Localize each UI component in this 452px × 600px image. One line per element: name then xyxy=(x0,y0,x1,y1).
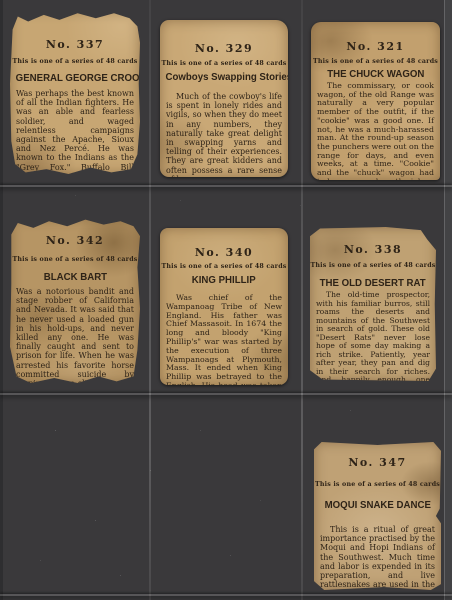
card-number: No. 337 xyxy=(10,10,140,51)
card-342-black-bart: No. 342 This is one of a series of 48 ca… xyxy=(10,218,140,383)
card-body-text: Was perhaps the best known of all the In… xyxy=(10,89,140,174)
page-right-edge xyxy=(444,0,452,600)
card-title: THE OLD DESERT RAT xyxy=(310,277,436,289)
dust-specks xyxy=(0,0,1,1)
card-329-cowboys-swapping-stories: No. 329 This is one of a series of 48 ca… xyxy=(160,20,288,177)
card-321-the-chuck-wagon: No. 321 This is one of a series of 48 ca… xyxy=(311,22,440,180)
card-number: No. 321 xyxy=(311,22,440,53)
card-series-line: This is one of a series of 48 cards xyxy=(314,481,441,488)
card-number: No. 340 xyxy=(160,228,288,259)
card-340-king-phillip: No. 340 This is one of a series of 48 ca… xyxy=(160,228,288,385)
card-body-text: Was a notorious bandit and stage robber … xyxy=(10,287,140,383)
card-album-page: No. 337 This is one of a series of 48 ca… xyxy=(0,0,452,600)
card-title: BLACK BART xyxy=(10,271,140,283)
card-number: No. 338 xyxy=(310,227,436,256)
card-body-text: Was chief of the Wampanoag Tribe of New … xyxy=(160,294,288,385)
card-series-line: This is one of a series of 48 cards xyxy=(310,262,436,269)
pocket-seam-horizontal-3 xyxy=(0,594,452,596)
card-number: No. 347 xyxy=(314,442,441,469)
card-title: Cowboys Swapping Stories xyxy=(160,71,288,83)
card-series-line: This is one of a series of 48 cards xyxy=(160,60,288,67)
pocket-seam-vertical-1 xyxy=(149,0,151,600)
card-338-the-old-desert-rat: No. 338 This is one of a series of 48 ca… xyxy=(310,227,436,381)
card-series-line: This is one of a series of 48 cards xyxy=(10,58,140,65)
card-title: THE CHUCK WAGON xyxy=(311,68,440,80)
card-body-text: This is a ritual of great importance pra… xyxy=(314,525,441,590)
card-body-text: The commissary, or cook wagon, of the ol… xyxy=(311,82,440,180)
pocket-seam-vertical-2 xyxy=(301,0,303,600)
page-left-edge xyxy=(0,0,3,600)
card-title: GENERAL GEORGE CROOK xyxy=(10,72,140,84)
card-series-line: This is one of a series of 48 cards xyxy=(160,263,288,270)
card-number: No. 329 xyxy=(160,20,288,55)
card-title: MOQUI SNAKE DANCE xyxy=(314,499,441,511)
card-body-text: Much of the cowboy's life is spent in lo… xyxy=(160,92,288,177)
card-body-text: The old-time prospector, with his famili… xyxy=(310,291,436,381)
card-series-line: This is one of a series of 48 cards xyxy=(311,58,440,65)
card-347-moqui-snake-dance: No. 347 This is one of a series of 48 ca… xyxy=(314,442,441,590)
card-series-line: This is one of a series of 48 cards xyxy=(10,256,140,263)
pocket-seam-horizontal-1 xyxy=(0,185,452,187)
pocket-seam-horizontal-2 xyxy=(0,393,452,395)
card-title: KING PHILLIP xyxy=(160,274,288,286)
card-337-general-george-crook: No. 337 This is one of a series of 48 ca… xyxy=(10,10,140,174)
card-number: No. 342 xyxy=(10,218,140,247)
